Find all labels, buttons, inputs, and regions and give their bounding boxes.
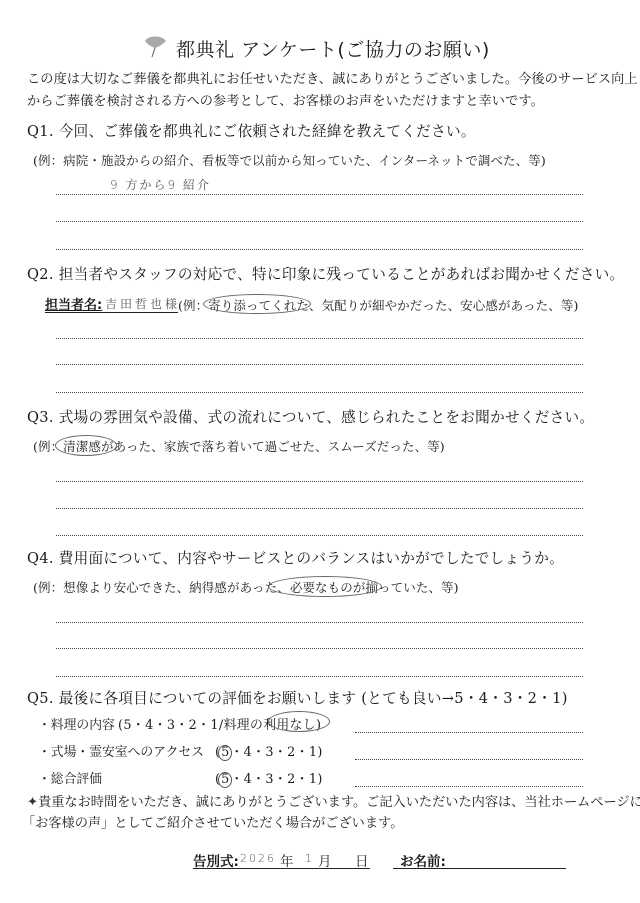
q1-answer-line-3[interactable]: [56, 249, 583, 250]
staff-name-value[interactable]: 吉田哲也様: [105, 295, 180, 312]
year-label: 年: [280, 850, 294, 870]
month-value[interactable]: 1: [305, 852, 312, 865]
q2-answer-line-2[interactable]: [56, 364, 583, 365]
q1-example: (例：病院・施設からの紹介、看板等で以前から知っていた、インターネットで調べた、…: [33, 151, 546, 169]
intro-line-1: この度は大切なご葬儀を都典礼にお任せいただき、誠にありがとうございました。今後の…: [27, 68, 640, 87]
q2-answer-line-1[interactable]: [56, 338, 583, 339]
page-title: 都典礼 アンケート(ご協力のお願い): [176, 35, 490, 62]
ginkgo-leaf-icon: [142, 33, 168, 59]
q4-answer-line-3[interactable]: [56, 676, 583, 677]
customer-name-label: お名前:: [400, 850, 446, 870]
q3-answer-line-3[interactable]: [56, 535, 583, 536]
scale-suffix: ・4・3・2・1): [230, 772, 322, 787]
q4-example: (例：想像より安心できた、納得感があった、必要なものが揃っていた、等): [33, 578, 459, 596]
q2-answer-line-3[interactable]: [56, 392, 583, 393]
staff-name-label: 担当者名:: [45, 294, 102, 313]
day-label: 日: [355, 850, 369, 870]
rating-scale-overall[interactable]: (5・4・3・2・1): [215, 768, 323, 788]
selected-option-mark: [268, 711, 330, 732]
q1-answer-line-2[interactable]: [56, 221, 583, 222]
q1-answer-line-1[interactable]: [56, 194, 583, 195]
q2-question: Q2. 担当者やスタッフの対応で、特に印象に残っていることがあればお聞かせくださ…: [27, 263, 624, 284]
year-value[interactable]: 2026: [240, 852, 276, 865]
month-label: 月: [318, 850, 332, 870]
footer-note-line-1: ✦貴重なお時間をいただき、誠にありがとうございます。ご記入いただいた内容は、当社…: [27, 791, 640, 810]
q4-answer-line-2[interactable]: [56, 648, 583, 649]
rating-comment-line-food[interactable]: [355, 732, 583, 733]
q1-question: Q1. 今回、ご葬儀を都典礼にご依頼された経緯を教えてください。: [27, 120, 476, 141]
circled-example-mark: [55, 435, 117, 456]
rating-label-overall: ・総合評価: [38, 768, 102, 787]
circled-example-mark: [268, 576, 382, 597]
q3-question: Q3. 式場の雰囲気や設備、式の流れについて、感じられたことをお聞かせください。: [27, 406, 594, 427]
scale-suffix: ・4・3・2・1): [230, 745, 322, 760]
rating-scale-access[interactable]: (5・4・3・2・1): [215, 741, 323, 761]
circled-example-mark: [203, 294, 311, 314]
q5-question: Q5. 最後に各項目についての評価をお願いします (とても良い→5・4・3・2・…: [27, 687, 568, 708]
footer-note-text: 貴重なお時間をいただき、誠にありがとうございます。ご記入いただいた内容は、当社ホ…: [38, 795, 640, 810]
q4-answer-line-1[interactable]: [56, 622, 583, 623]
q1-answer[interactable]: 9 方から9 紹介: [110, 176, 211, 193]
footer-note-line-2: 「お客様の声」としてご紹介させていただく場合がございます。: [22, 812, 403, 831]
rating-comment-line-overall[interactable]: [355, 786, 583, 787]
q4-question: Q4. 費用面について、内容やサービスとのバランスはいかがでしたでしょうか。: [27, 547, 564, 568]
sparkle-icon: ✦: [27, 795, 38, 810]
rating-label-access: ・式場・霊安室へのアクセス: [38, 741, 204, 760]
rating-label-food: ・料理の内容: [38, 714, 115, 733]
intro-line-2: からご葬儀を検討される方への参考として、お客様のお声をいただけますと幸いです。: [27, 90, 544, 109]
funeral-date-label: 告別式:: [193, 850, 239, 870]
q3-answer-line-1[interactable]: [56, 481, 583, 482]
rating-comment-line-access[interactable]: [355, 759, 583, 760]
q3-answer-line-2[interactable]: [56, 508, 583, 509]
